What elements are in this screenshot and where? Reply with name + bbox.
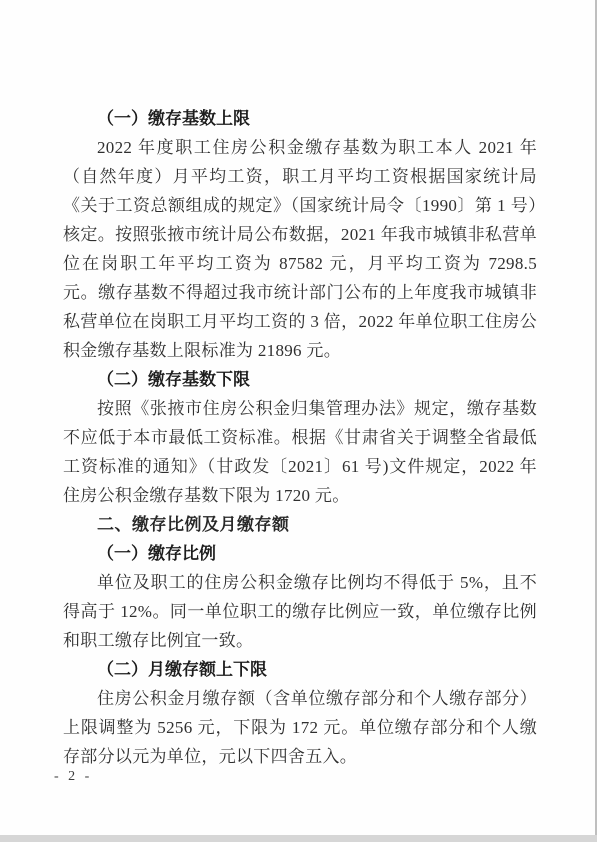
paragraph-deposit-ratio: 单位及职工的住房公积金缴存比例均不得低于 5%，且不得高于 12%。同一单位职工… bbox=[63, 568, 537, 655]
paragraph-base-lower-limit: 按照《张掖市住房公积金归集管理办法》规定，缴存基数不应低于本市最低工资标准。根据… bbox=[63, 394, 537, 510]
page-number: - 2 - bbox=[54, 769, 92, 785]
section-heading-ratio-and-monthly-amount: 二、缴存比例及月缴存额 bbox=[63, 510, 537, 539]
section-heading-deposit-ratio: （一）缴存比例 bbox=[63, 539, 537, 568]
page-bottom-edge-shadow bbox=[0, 835, 597, 842]
document-body: （一）缴存基数上限 2022 年度职工住房公积金缴存基数为职工本人 2021 年… bbox=[63, 104, 537, 771]
document-page: （一）缴存基数上限 2022 年度职工住房公积金缴存基数为职工本人 2021 年… bbox=[0, 0, 597, 842]
paragraph-monthly-amount-limits: 住房公积金月缴存额（含单位缴存部分和个人缴存部分）上限调整为 5256 元，下限… bbox=[63, 684, 537, 771]
section-heading-base-upper-limit: （一）缴存基数上限 bbox=[63, 104, 537, 133]
paragraph-base-upper-limit: 2022 年度职工住房公积金缴存基数为职工本人 2021 年（自然年度）月平均工… bbox=[63, 133, 537, 365]
section-heading-monthly-amount-limits: （二）月缴存额上下限 bbox=[63, 655, 537, 684]
section-heading-base-lower-limit: （二）缴存基数下限 bbox=[63, 365, 537, 394]
